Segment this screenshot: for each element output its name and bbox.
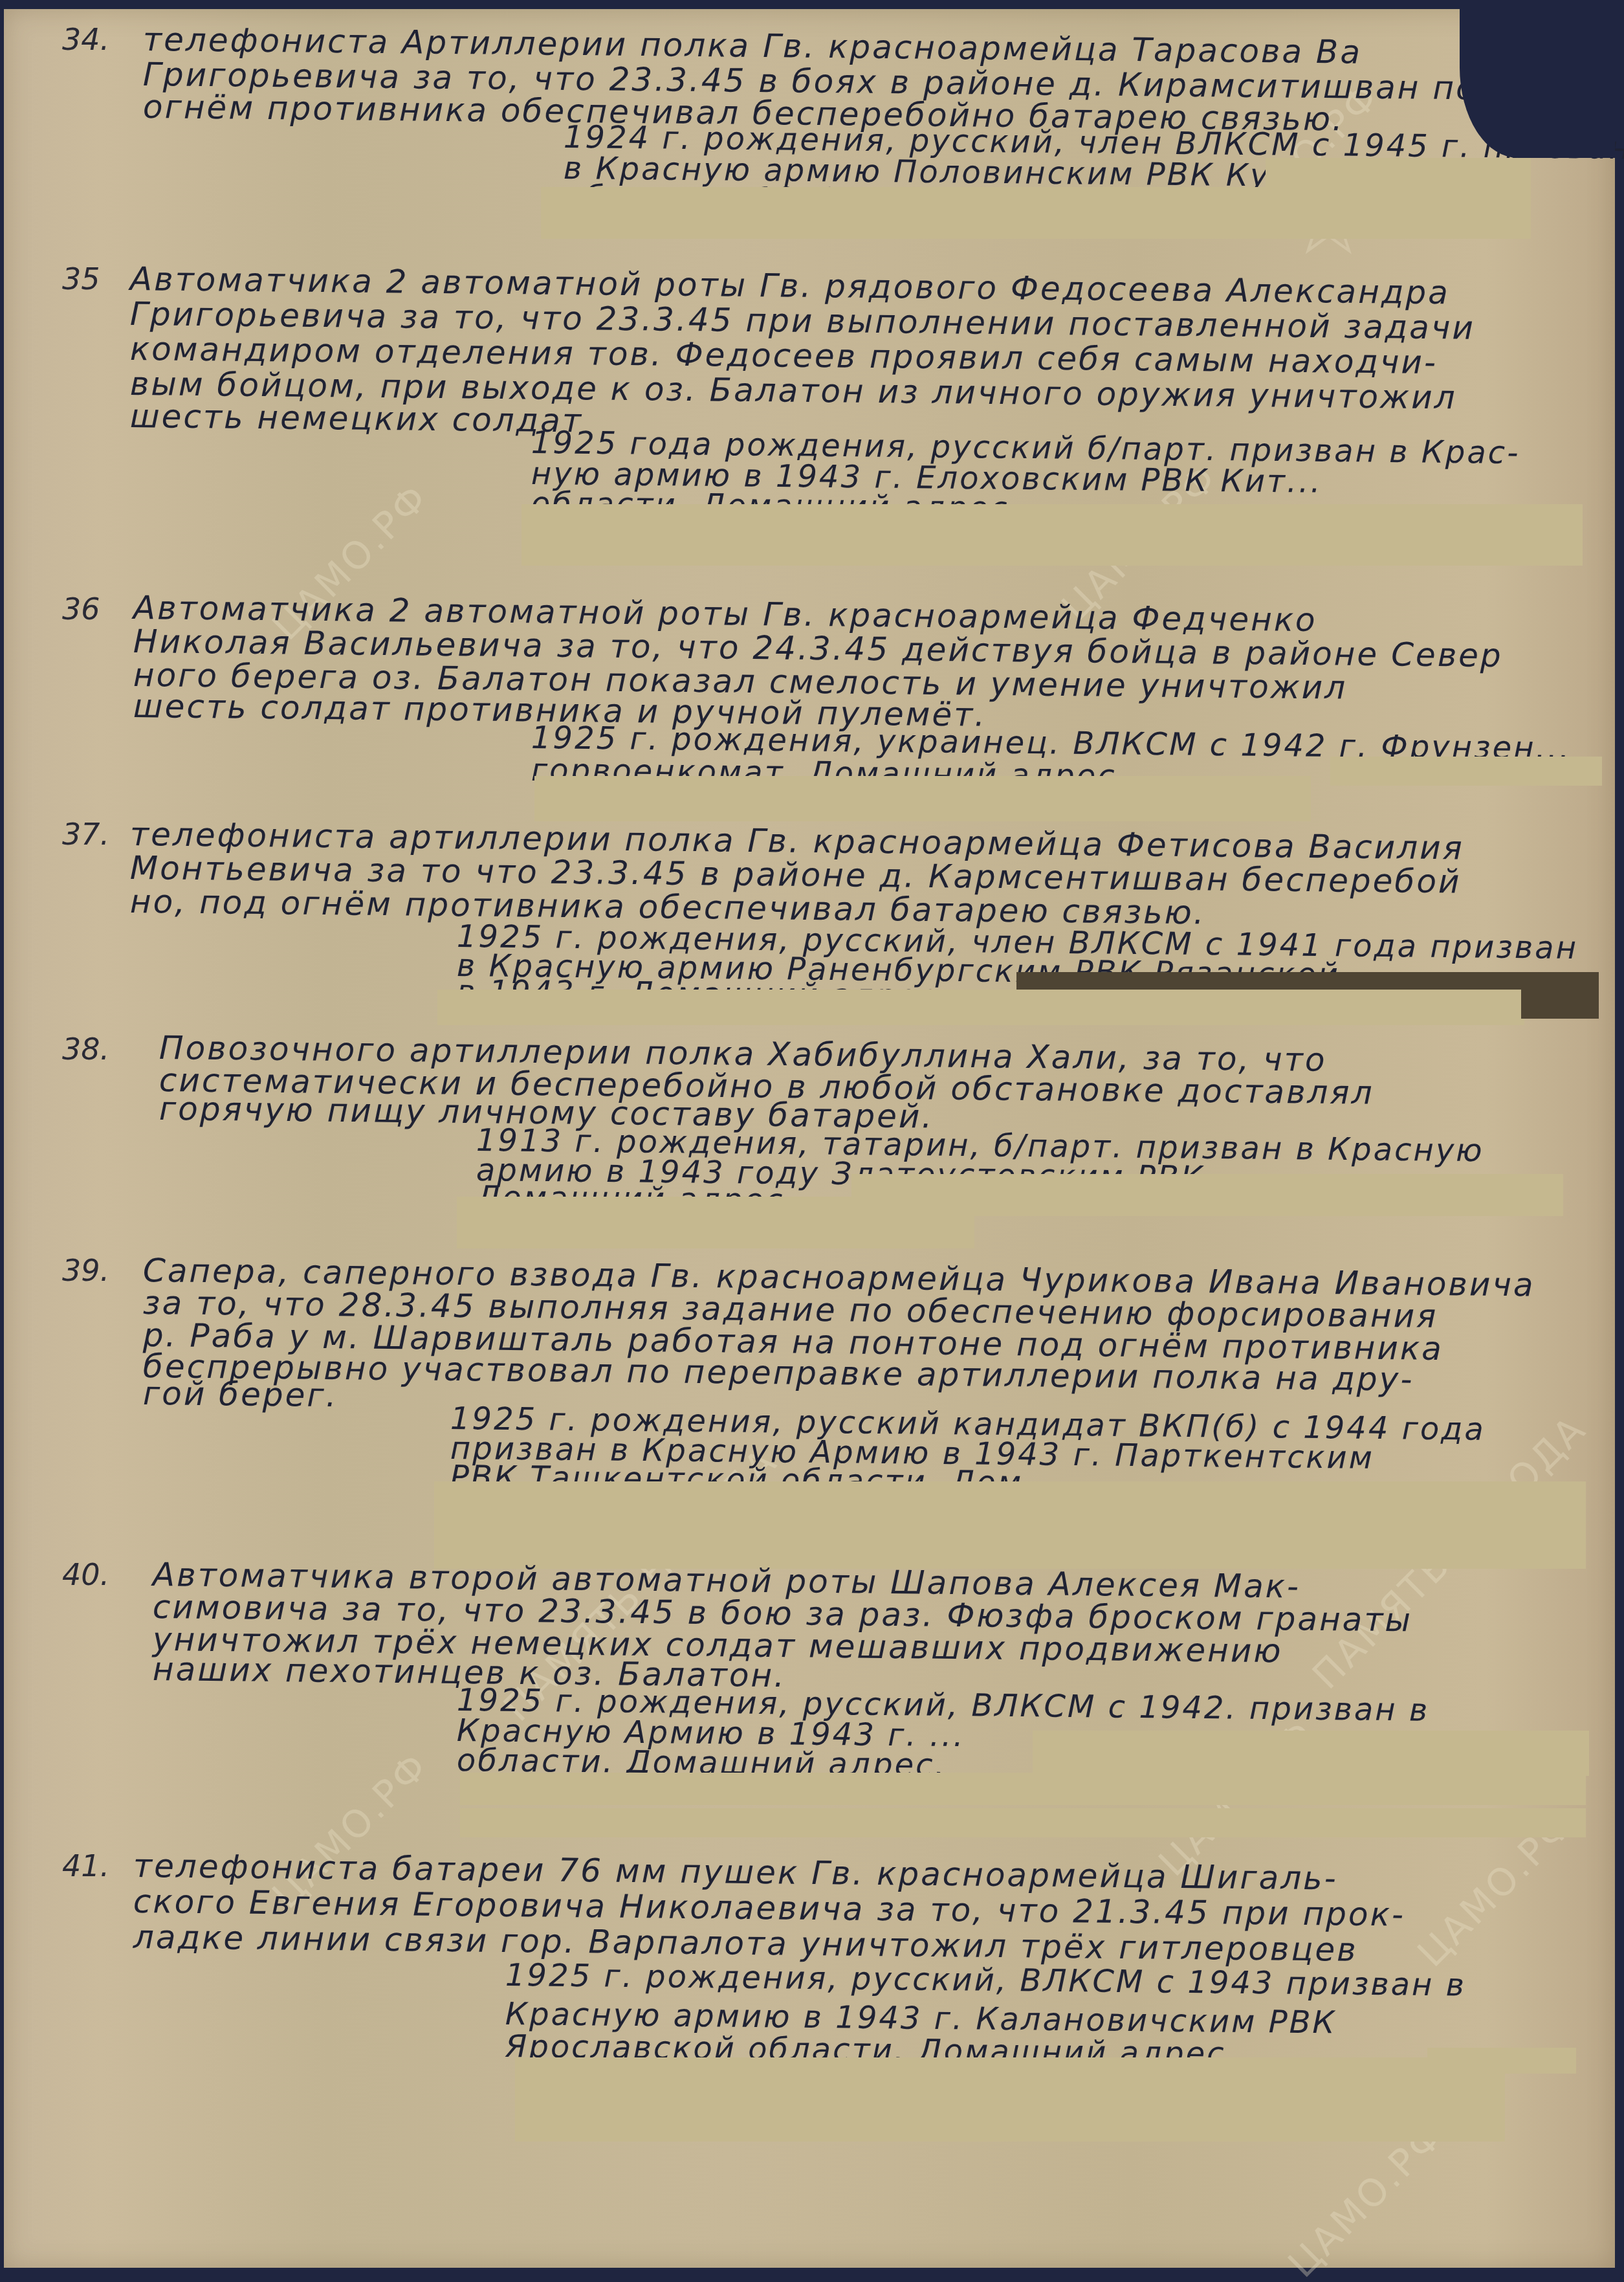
entry-line: шесть немецких солдат [130, 397, 584, 439]
redaction-block [460, 1808, 1586, 1837]
redaction-block [1427, 2048, 1576, 2074]
entry-number: 34. [62, 22, 109, 57]
entry-line: гой берег. [143, 1375, 338, 1414]
entry-number: 40. [62, 1557, 109, 1592]
redaction-block [534, 792, 1311, 821]
redaction-block [521, 504, 1583, 566]
redaction-block [434, 1481, 1586, 1520]
entry-number: 36 [62, 592, 100, 626]
redaction-block [457, 1219, 974, 1248]
redaction-block-dark [1016, 972, 1599, 990]
redaction-block [437, 999, 1518, 1025]
redaction-block [460, 1773, 1586, 1805]
entry-number: 37. [62, 817, 109, 852]
entry-number: 39. [62, 1253, 109, 1288]
document-page: ЦАМО.РФ ☆ ЦАМО.РФ ЦАМО.РФ ПАМЯТЬ НАРОДА … [4, 9, 1615, 2268]
entry-number: 38. [62, 1032, 109, 1067]
redaction-block [541, 187, 1531, 239]
redaction-block [515, 2057, 1505, 2142]
redaction-block [1330, 757, 1602, 786]
entry-number: 41. [62, 1848, 109, 1883]
redaction-block [1033, 1731, 1589, 1776]
redaction-block-dark [1521, 990, 1599, 1019]
entry-number: 35 [62, 261, 100, 296]
